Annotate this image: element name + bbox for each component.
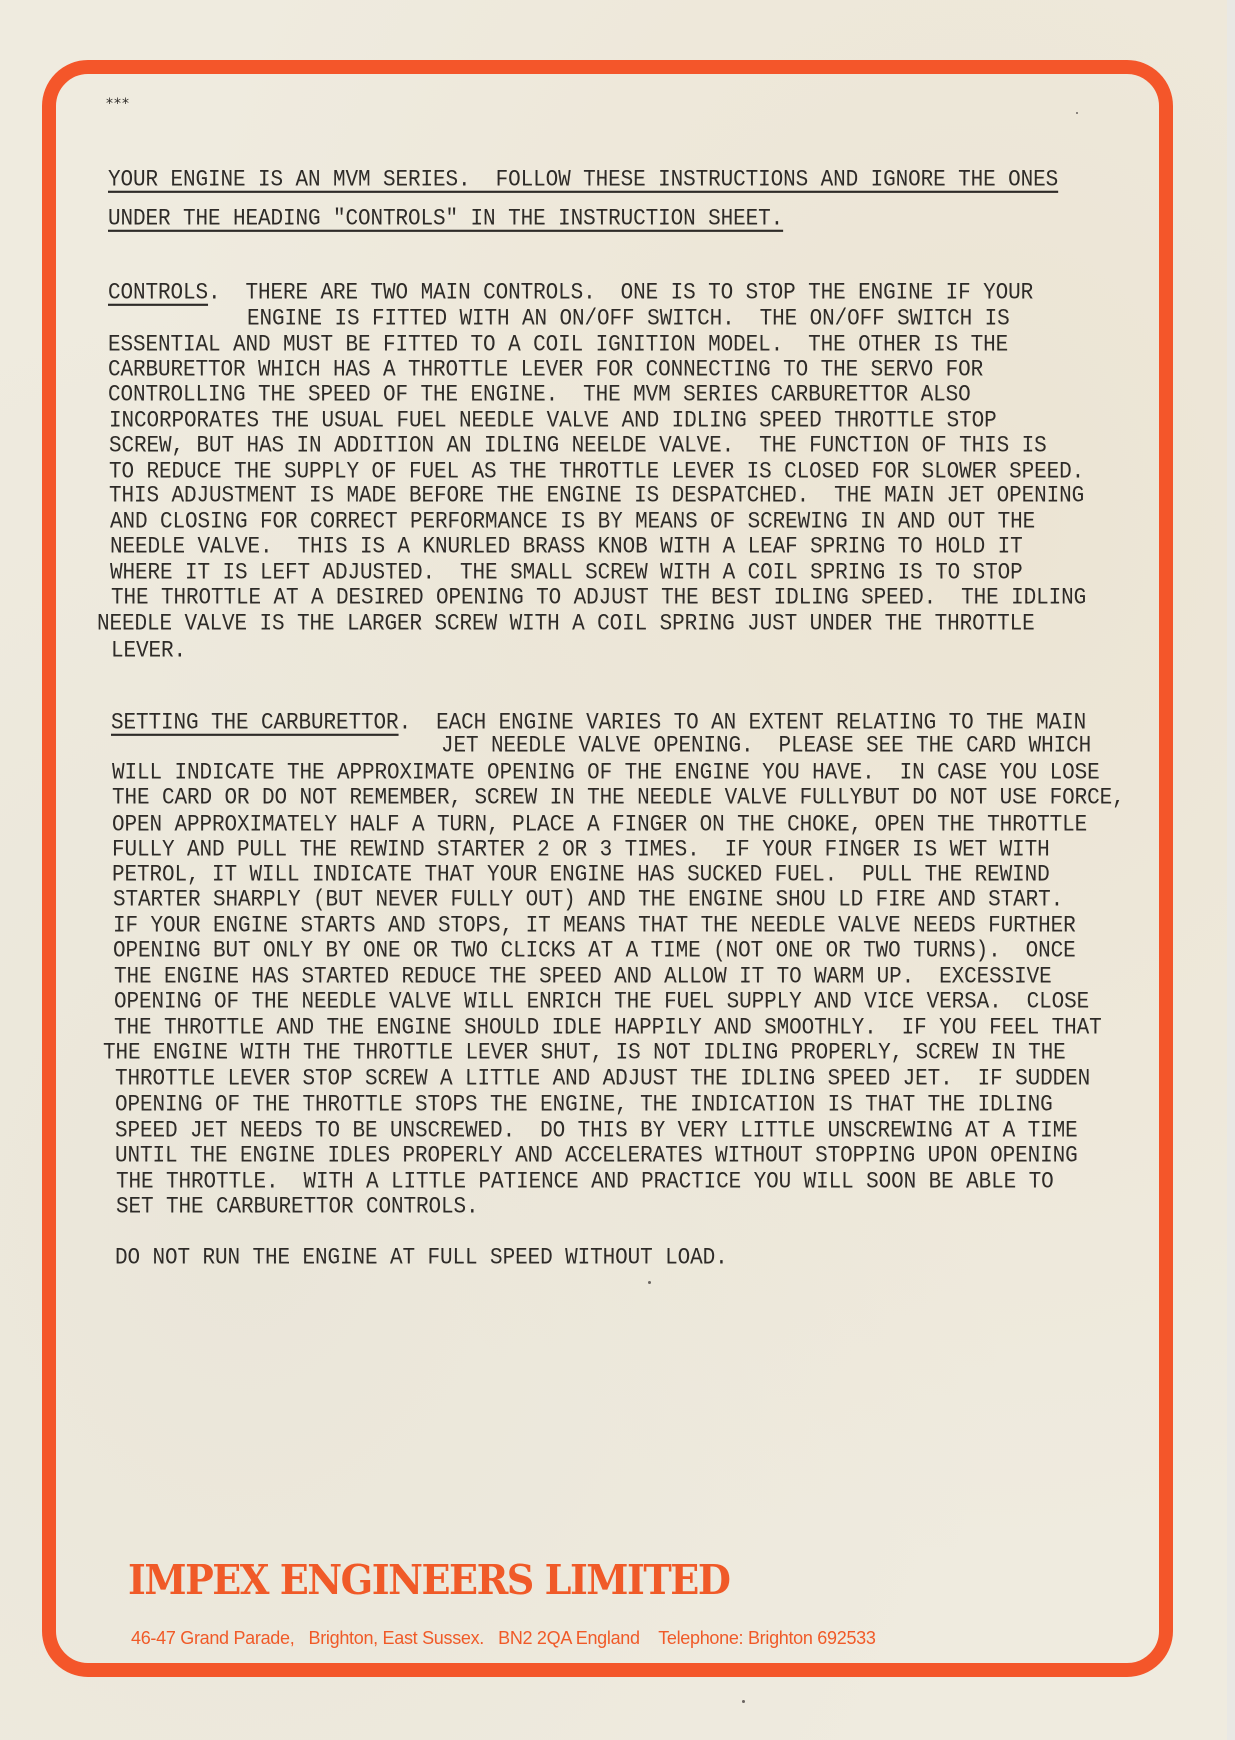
- company-address: 46-47 Grand Parade, Brighton, East Susse…: [131, 1628, 876, 1649]
- controls-line: NEEDLE VALVE. THIS IS A KNURLED BRASS KN…: [110, 535, 1023, 561]
- controls-line: THIS ADJUSTMENT IS MADE BEFORE THE ENGIN…: [109, 484, 1084, 510]
- speck: [1076, 112, 1078, 114]
- controls-line: CARBURETTOR WHICH HAS A THROTTLE LEVER F…: [108, 358, 983, 384]
- setting-line: JET NEEDLE VALVE OPENING. PLEASE SEE THE…: [441, 734, 1091, 760]
- speck: [648, 1281, 651, 1284]
- setting-line: OPENING OF THE NEEDLE VALVE WILL ENRICH …: [114, 990, 1089, 1016]
- controls-paragraph-line-1: CONTROLS. THERE ARE TWO MAIN CONTROLS. O…: [108, 281, 1033, 307]
- setting-line: OPEN APPROXIMATELY HALF A TURN, PLACE A …: [112, 813, 1087, 839]
- setting-line: THE THROTTLE. WITH A LITTLE PATIENCE AND…: [116, 1170, 1054, 1196]
- setting-line: IF YOUR ENGINE STARTS AND STOPS, IT MEAN…: [113, 914, 1076, 940]
- controls-line: INCORPORATES THE USUAL FUEL NEEDLE VALVE…: [109, 409, 997, 435]
- controls-line: WHERE IT IS LEFT ADJUSTED. THE SMALL SCR…: [110, 561, 1023, 587]
- setting-heading: SETTING THE CARBURETTOR: [111, 711, 399, 736]
- speck: [742, 1700, 745, 1703]
- setting-line: THE ENGINE WITH THE THROTTLE LEVER SHUT,…: [103, 1041, 1066, 1067]
- setting-line: SET THE CARBURETTOR CONTROLS.: [116, 1195, 479, 1221]
- setting-line: OPENING BUT ONLY BY ONE OR TWO CLICKS AT…: [113, 939, 1076, 965]
- setting-line: THROTTLE LEVER STOP SCREW A LITTLE AND A…: [115, 1067, 1090, 1093]
- setting-line: THE CARD OR DO NOT REMEMBER, SCREW IN TH…: [112, 786, 1125, 812]
- controls-line: ESSENTIAL AND MUST BE FITTED TO A COIL I…: [108, 333, 1008, 359]
- notice-line: YOUR ENGINE IS AN MVM SERIES. FOLLOW THE…: [108, 168, 1058, 194]
- setting-line: STARTER SHARPLY (BUT NEVER FULLY OUT) AN…: [113, 888, 1063, 914]
- notice-line: UNDER THE HEADING "CONTROLS" IN THE INST…: [108, 207, 783, 233]
- setting-line: WILL INDICATE THE APPROXIMATE OPENING OF…: [112, 761, 1100, 787]
- controls-line: SCREW, BUT HAS IN ADDITION AN IDLING NEE…: [109, 434, 1047, 460]
- controls-line: LEVER.: [111, 639, 186, 665]
- warning-line: DO NOT RUN THE ENGINE AT FULL SPEED WITH…: [115, 1246, 728, 1272]
- controls-line: NEEDLE VALVE IS THE LARGER SCREW WITH A …: [97, 612, 1035, 638]
- setting-line: THE THROTTLE AND THE ENGINE SHOULD IDLE …: [114, 1016, 1102, 1042]
- controls-line: THE THROTTLE AT A DESIRED OPENING TO ADJ…: [111, 586, 1086, 612]
- setting-line: UNTIL THE ENGINE IDLES PROPERLY AND ACCE…: [115, 1144, 1078, 1170]
- setting-line: SPEED JET NEEDS TO BE UNSCREWED. DO THIS…: [115, 1119, 1078, 1145]
- setting-line: PETROL, IT WILL INDICATE THAT YOUR ENGIN…: [112, 863, 1050, 889]
- setting-line: THE ENGINE HAS STARTED REDUCE THE SPEED …: [114, 965, 1052, 991]
- controls-line: AND CLOSING FOR CORRECT PERFORMANCE IS B…: [110, 510, 1035, 536]
- setting-line: OPENING OF THE THROTTLE STOPS THE ENGINE…: [115, 1093, 1053, 1119]
- controls-heading: CONTROLS: [108, 281, 208, 306]
- company-name: IMPEX ENGINEERS LIMITED: [128, 1556, 729, 1604]
- document-page: *** YOUR ENGINE IS AN MVM SERIES. FOLLOW…: [0, 0, 1227, 1740]
- marker-asterisks: ***: [106, 96, 130, 112]
- controls-line: ENGINE IS FITTED WITH AN ON/OFF SWITCH. …: [247, 307, 1010, 333]
- setting-line: FULLY AND PULL THE REWIND STARTER 2 OR 3…: [112, 838, 1050, 864]
- controls-line: CONTROLLING THE SPEED OF THE ENGINE. THE…: [108, 383, 971, 409]
- controls-line: TO REDUCE THE SUPPLY OF FUEL AS THE THRO…: [109, 460, 1084, 486]
